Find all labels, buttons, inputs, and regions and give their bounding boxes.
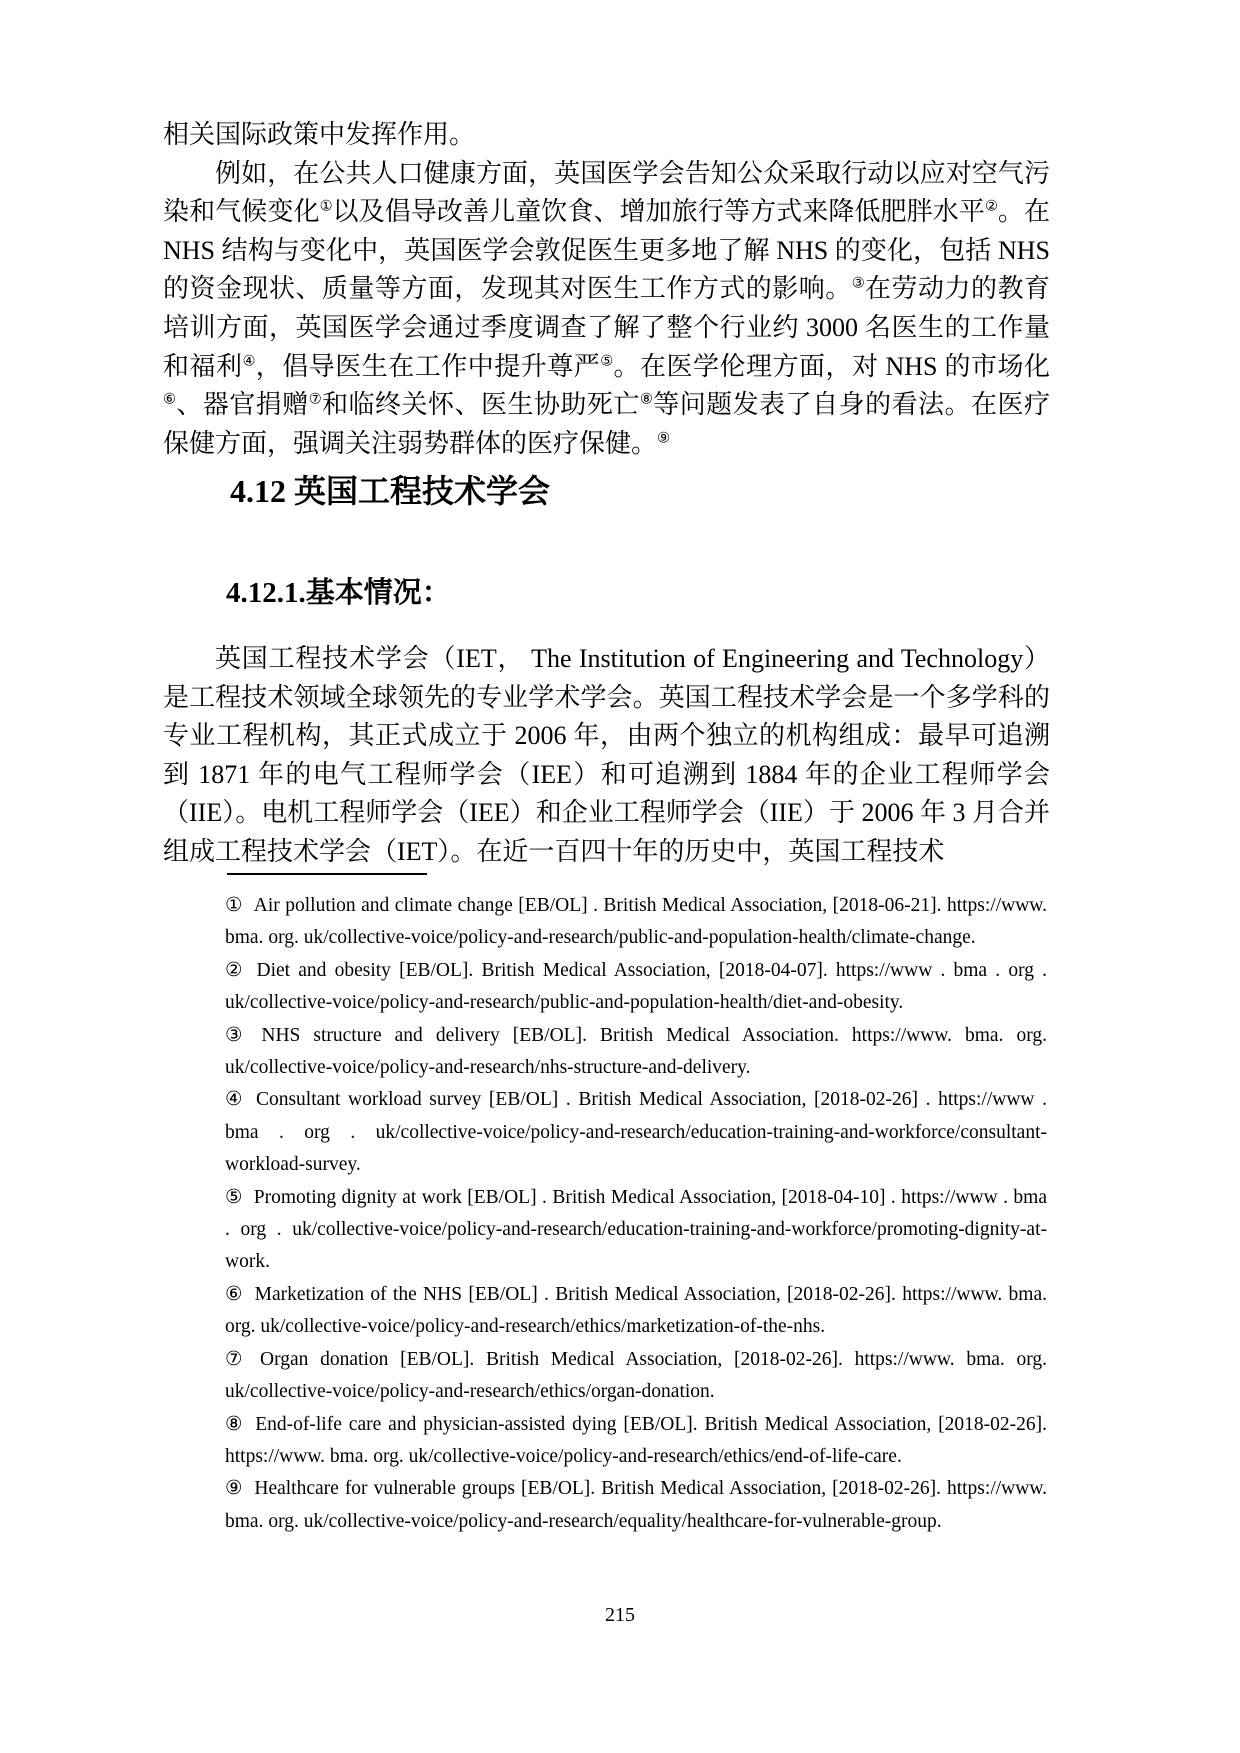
body-text-block: 相关国际政策中发挥作用。 例如，在公共人口健康方面，英国医学会告知公众采取行动以…: [163, 116, 1050, 463]
footnote-4: ④Consultant workload survey [EB/OL] . Br…: [225, 1084, 1047, 1181]
paragraph-bma: 例如，在公共人口健康方面，英国医学会告知公众采取行动以应对空气污染和气候变化①以…: [163, 155, 1050, 464]
footnote-8-text: End-of-life care and physician-assisted …: [225, 1414, 1047, 1467]
footnote-6-text: Marketization of the NHS [EB/OL] . Briti…: [225, 1284, 1047, 1337]
footnote-separator-rule: [227, 873, 427, 875]
footnote-4-marker: ④: [225, 1089, 245, 1110]
footnote-1-text: Air pollution and climate change [EB/OL]…: [225, 895, 1047, 948]
footnote-8-marker: ⑧: [225, 1414, 245, 1435]
footnote-6: ⑥Marketization of the NHS [EB/OL] . Brit…: [225, 1279, 1047, 1344]
footnote-2: ②Diet and obesity [EB/OL]. British Medic…: [225, 955, 1047, 1020]
footnote-4-text: Consultant workload survey [EB/OL] . Bri…: [225, 1089, 1047, 1175]
footnote-8: ⑧End-of-life care and physician-assisted…: [225, 1409, 1047, 1474]
section-heading: 4.12 英国工程技术学会: [230, 472, 550, 510]
footnote-7: ⑦Organ donation [EB/OL]. British Medical…: [225, 1344, 1047, 1409]
footnotes-block: ①Air pollution and climate change [EB/OL…: [225, 890, 1047, 1538]
footnote-5-text: Promoting dignity at work [EB/OL] . Brit…: [225, 1187, 1047, 1273]
footnote-7-marker: ⑦: [225, 1349, 249, 1370]
footnote-1: ①Air pollution and climate change [EB/OL…: [225, 890, 1047, 955]
footnote-5-marker: ⑤: [225, 1187, 243, 1208]
footnote-9-marker: ⑨: [225, 1478, 244, 1499]
footnote-3: ③NHS structure and delivery [EB/OL]. Bri…: [225, 1020, 1047, 1085]
footnote-9: ⑨Healthcare for vulnerable groups [EB/OL…: [225, 1473, 1047, 1538]
footnote-6-marker: ⑥: [225, 1284, 244, 1305]
paragraph-iet: 英国工程技术学会（IET， The Institution of Enginee…: [163, 640, 1050, 871]
footnote-3-marker: ③: [225, 1025, 251, 1046]
subsection-heading: 4.12.1.基本情况：: [226, 576, 451, 611]
footnote-1-marker: ①: [225, 895, 243, 916]
footnote-3-text: NHS structure and delivery [EB/OL]. Brit…: [225, 1025, 1047, 1078]
page-number: 215: [0, 1604, 1240, 1627]
document-page: 相关国际政策中发挥作用。 例如，在公共人口健康方面，英国医学会告知公众采取行动以…: [0, 0, 1240, 1753]
footnote-9-text: Healthcare for vulnerable groups [EB/OL]…: [225, 1478, 1047, 1531]
footnote-7-text: Organ donation [EB/OL]. British Medical …: [225, 1349, 1047, 1402]
footnote-5: ⑤Promoting dignity at work [EB/OL] . Bri…: [225, 1182, 1047, 1279]
paragraph-intro: 相关国际政策中发挥作用。: [163, 116, 1050, 155]
footnote-2-marker: ②: [225, 960, 246, 981]
footnote-2-text: Diet and obesity [EB/OL]. British Medica…: [225, 960, 1047, 1013]
